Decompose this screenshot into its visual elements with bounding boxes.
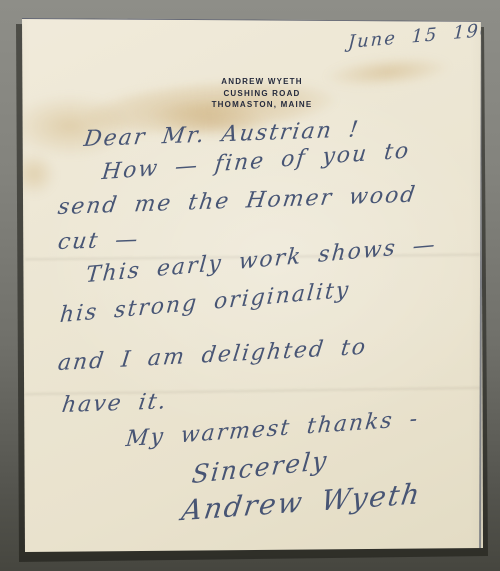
photo-background: ANDREW WYETH CUSHING ROAD THOMASTON, MAI…: [0, 0, 500, 571]
letter-paper: ANDREW WYETH CUSHING ROAD THOMASTON, MAI…: [0, 0, 500, 571]
letter-line: cut —: [56, 227, 141, 255]
letter-line: have it.: [60, 389, 169, 418]
letterhead-city: THOMASTON, MAINE: [203, 99, 321, 111]
letterhead-block: ANDREW WYETH CUSHING ROAD THOMASTON, MAI…: [203, 76, 321, 111]
letterhead-name: ANDREW WYETH: [203, 76, 321, 88]
letterhead-street: CUSHING ROAD: [203, 88, 321, 100]
